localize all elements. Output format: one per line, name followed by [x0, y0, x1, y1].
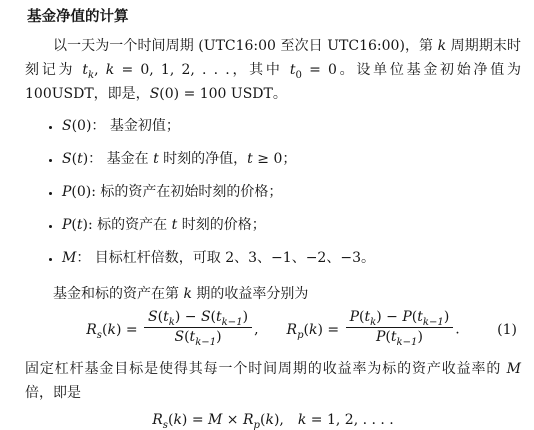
- list-item: S(0)： 基金初值；: [62, 114, 521, 138]
- intro-paragraph: 以一天为一个时间周期 (UTC16:00 至次日 UTC16:00)，第 k 周…: [25, 34, 521, 106]
- returns-equation: Rs(k) = S(tk) − S(tk−1)S(tk−1), Rp(k) = …: [25, 310, 521, 349]
- equation-period: .: [455, 322, 459, 338]
- equation-term-rp: Rp(k) =: [287, 322, 344, 338]
- fraction-denominator: P(tk−1): [346, 327, 454, 347]
- list-item: P(t): 标的资产在 t 时刻的价格；: [62, 213, 521, 237]
- fraction-s: S(tk) − S(tk−1)S(tk−1): [144, 308, 252, 347]
- leverage-paragraph: 固定杠杆基金目标是使得其每一个时间周期的收益率为标的资产收益率的 M 倍，即是: [25, 357, 521, 405]
- fraction-p: P(tk) − P(tk−1)P(tk−1): [346, 308, 454, 347]
- fraction-numerator: S(tk) − S(tk−1): [144, 308, 252, 327]
- definitions-list: S(0)： 基金初值； S(t)： 基金在 t 时刻的净值，t ≥ 0； P(0…: [25, 114, 521, 270]
- fraction-denominator: S(tk−1): [144, 327, 252, 347]
- equation-separator: ,: [254, 322, 286, 338]
- list-item: P(0): 标的资产在初始时刻的价格；: [62, 180, 521, 204]
- list-item: S(t)： 基金在 t 时刻的净值，t ≥ 0；: [62, 147, 521, 171]
- fraction-numerator: P(tk) − P(tk−1): [346, 308, 454, 327]
- equation-term-rs: Rs(k) =: [86, 322, 142, 338]
- leverage-equation: Rs(k) = M × Rp(k), k = 1, 2, . . . .: [25, 408, 521, 430]
- section-title: 基金净值的计算: [27, 7, 521, 26]
- equation-number: (1): [497, 318, 517, 342]
- list-item: M： 目标杠杆倍数，可取 2、3、−1、−2、−3。: [62, 246, 521, 270]
- returns-intro-paragraph: 基金和标的资产在第 k 期的收益率分别为: [25, 282, 521, 306]
- document-page: 基金净值的计算 以一天为一个时间周期 (UTC16:00 至次日 UTC16:0…: [0, 0, 534, 430]
